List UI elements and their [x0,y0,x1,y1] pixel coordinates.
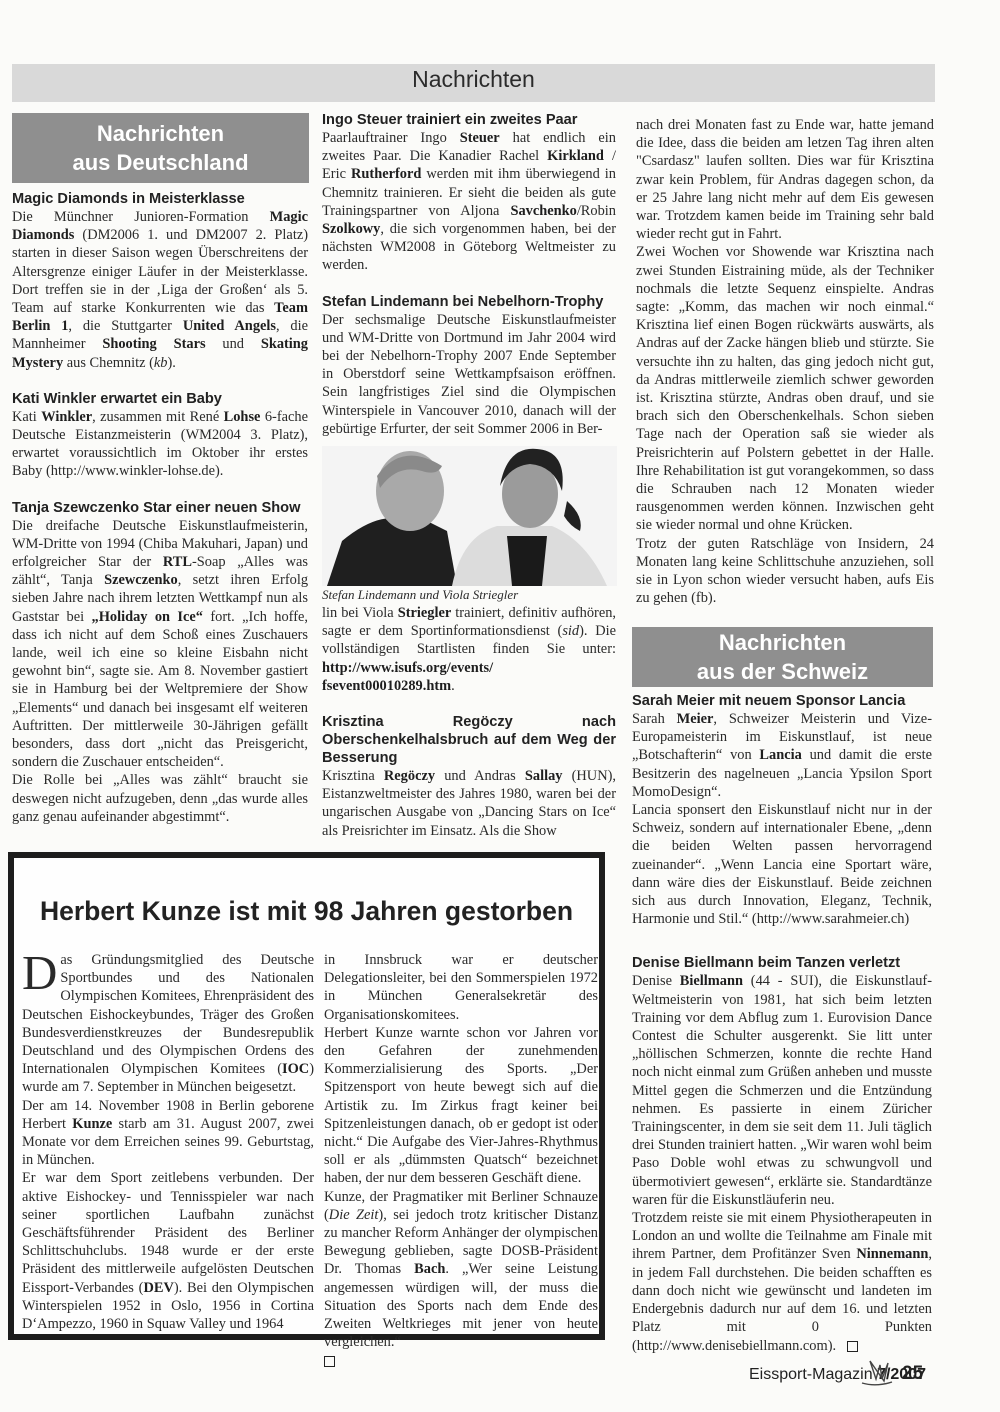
box-line-1: Nachrichten [12,119,309,148]
article-body: Die Münchner Junioren-Formation Magic Di… [12,208,308,372]
article-body-continued: Lancia sponsert den Eiskunstlauf nicht n… [632,801,932,928]
right-column-top: nach drei Monaten fast zu Ende war, hatt… [636,116,934,607]
article-kati-winkler: Kati Winkler erwartet ein Baby Kati Wink… [12,390,308,481]
middle-column: Ingo Steuer trainiert ein zweites Paar P… [322,111,616,840]
photo-caption: Stefan Lindemann und Viola Striegler [322,586,616,604]
obituary-box: Herbert Kunze ist mit 98 Jahren gestorbe… [8,852,605,1340]
article-title: Ingo Steuer trainiert ein zweites Paar [322,111,616,129]
regoczy-continued-3: Trotz der guten Ratschläge von Insidern,… [636,535,934,608]
magazine-name: Eissport-Magazin [749,1366,873,1383]
article-body: Denise Biellmann (44 - SUI), die Eiskuns… [632,972,932,1209]
obituary-para-5: Herbert Kunze warnte schon vor Jahren vo… [324,1024,598,1188]
photo-lindemann-striegler [322,446,617,586]
article-title: Denise Biellmann beim Tanzen verletzt [632,954,932,972]
box-line-2: aus der Schweiz [632,657,933,686]
article-title: Sarah Meier mit neuem Sponsor Lancia [632,692,932,710]
section-title: Nachrichten [12,66,935,93]
section-header-band: Nachrichten [12,64,935,102]
obituary-para-2: Der am 14. November 1908 in Berlin gebor… [22,1097,314,1170]
box-line-2: aus Deutschland [12,148,309,177]
article-body-continued: Die Rolle bei „Alles was zählt“ braucht … [12,771,308,826]
left-column: Magic Diamonds in Meisterklasse Die Münc… [12,190,308,826]
obituary-title: Herbert Kunze ist mit 98 Jahren gestorbe… [14,896,599,927]
obituary-para-4: in Innsbruck war er deutscher Delegation… [324,951,598,1024]
article-title: Magic Diamonds in Meisterklasse [12,190,308,208]
article-denise-biellmann: Denise Biellmann beim Tanzen verletzt De… [632,954,932,1354]
article-body-continued: Trotzdem reiste sie mit einem Physiother… [632,1209,932,1355]
article-title: Krisztina Regöczy nach Oberschenkelhalsb… [322,713,616,767]
right-column-bottom: Sarah Meier mit neuem Sponsor Lancia Sar… [632,692,932,1355]
article-body: Paarlauftrainer Ingo Steuer hat endlich … [322,129,616,275]
article-body-continued: lin bei Viola Striegler trainiert, defin… [322,604,616,695]
obituary-para-6: Kunze, der Pragmatiker mit Berliner Schn… [324,1188,598,1352]
article-sarah-meier: Sarah Meier mit neuem Sponsor Lancia Sar… [632,692,932,928]
obituary-col-2: in Innsbruck war er deutscher Delegation… [324,951,598,1370]
end-mark-icon [324,1356,335,1367]
article-stefan-lindemann: Stefan Lindemann bei Nebelhorn-Trophy De… [322,293,616,695]
article-body: Krisztina Regöczy und Andras Sallay (HUN… [322,767,616,840]
para-text: as Gründungsmitglied des Deutsche Sportb… [22,952,314,1095]
article-title: Tanja Szewczenko Star einer neuen Show [12,499,308,517]
skater-logo-icon [858,1357,894,1387]
article-tanja-szewczenko: Tanja Szewczenko Star einer neuen Show D… [12,499,308,826]
end-mark-row [324,1351,598,1369]
article-body: Sarah Meier, Schweizer Meisterin und Viz… [632,710,932,801]
footer: Eissport-Magazin 7/2007 [749,1366,926,1384]
article-title: Kati Winkler erwartet ein Baby [12,390,308,408]
page-number: 25 [902,1363,923,1385]
photo-image [322,446,617,586]
box-line-1: Nachrichten [632,628,933,657]
article-text: Trotzdem reiste sie mit einem Physiother… [632,1210,932,1353]
obituary-para-3: Er war dem Sport zeitlebens verbunden. D… [22,1169,314,1333]
article-body: Kati Winkler, zusammen mit René Lohse 6-… [12,408,308,481]
article-ingo-steuer: Ingo Steuer trainiert ein zweites Paar P… [322,111,616,275]
article-krisztina-regoczy: Krisztina Regöczy nach Oberschenkelhalsb… [322,713,616,840]
regoczy-continued-1: nach drei Monaten fast zu Ende war, hatt… [636,116,934,243]
article-magic-diamonds: Magic Diamonds in Meisterklasse Die Münc… [12,190,308,372]
drop-cap: D [22,953,57,993]
end-mark-icon [847,1341,858,1352]
article-body: Die dreifache Deutsche Eiskunstlaufmeist… [12,517,308,772]
regoczy-continued-2: Zwei Wochen vor Showende war Krisztina n… [636,243,934,534]
obituary-para-1: Das Gründungsmitglied des Deutsche Sport… [22,951,314,1097]
article-body: Der sechsmalige Deutsche Eiskunstlaufmei… [322,311,616,438]
germany-news-box: Nachrichten aus Deutschland [12,113,309,183]
swiss-news-box: Nachrichten aus der Schweiz [632,627,933,687]
obituary-col-1: Das Gründungsmitglied des Deutsche Sport… [22,951,314,1333]
article-title: Stefan Lindemann bei Nebelhorn-Trophy [322,293,616,311]
